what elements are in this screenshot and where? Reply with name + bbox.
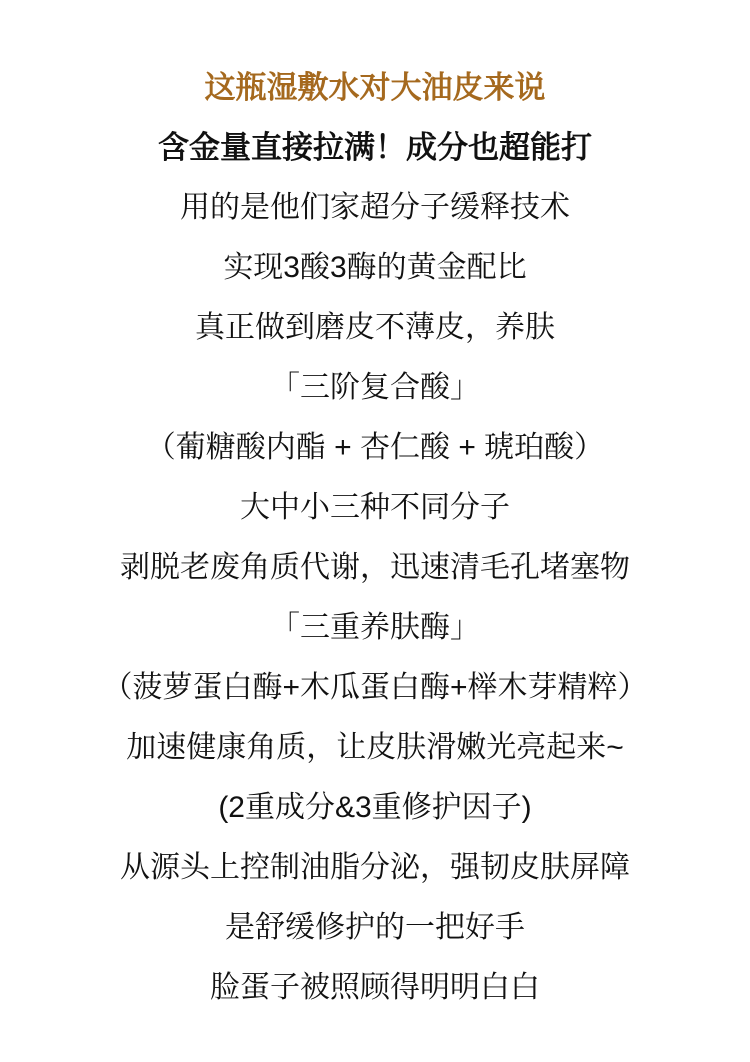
body-line: 「三重养肤酶」 <box>0 598 750 658</box>
body-line: 大中小三种不同分子 <box>0 478 750 538</box>
body-line: 脸蛋子被照顾得明明白白 <box>0 958 750 1018</box>
body-line: 剥脱老废角质代谢，迅速清毛孔堵塞物 <box>0 538 750 598</box>
body-line: 从源头上控制油脂分泌，强韧皮肤屏障 <box>0 838 750 898</box>
page-subtitle: 含金量直接拉满！成分也超能打 <box>0 118 750 178</box>
description-text-block: 这瓶湿敷水对大油皮来说 含金量直接拉满！成分也超能打 用的是他们家超分子缓释技术… <box>0 58 750 1018</box>
body-line: 加速健康角质，让皮肤滑嫩光亮起来~ <box>0 718 750 778</box>
product-description-page: 这瓶湿敷水对大油皮来说 含金量直接拉满！成分也超能打 用的是他们家超分子缓释技术… <box>0 0 750 1062</box>
body-line: 是舒缓修护的一把好手 <box>0 898 750 958</box>
body-line: （菠萝蛋白酶+木瓜蛋白酶+榉木芽精粹） <box>0 658 750 718</box>
body-line: (2重成分&3重修护因子) <box>0 778 750 838</box>
body-line: 用的是他们家超分子缓释技术 <box>0 178 750 238</box>
page-title: 这瓶湿敷水对大油皮来说 <box>0 58 750 118</box>
body-line: 实现3酸3酶的黄金配比 <box>0 238 750 298</box>
body-line: 真正做到磨皮不薄皮，养肤 <box>0 298 750 358</box>
body-line: 「三阶复合酸」 <box>0 358 750 418</box>
body-line: （葡糖酸内酯 + 杏仁酸 + 琥珀酸） <box>0 418 750 478</box>
